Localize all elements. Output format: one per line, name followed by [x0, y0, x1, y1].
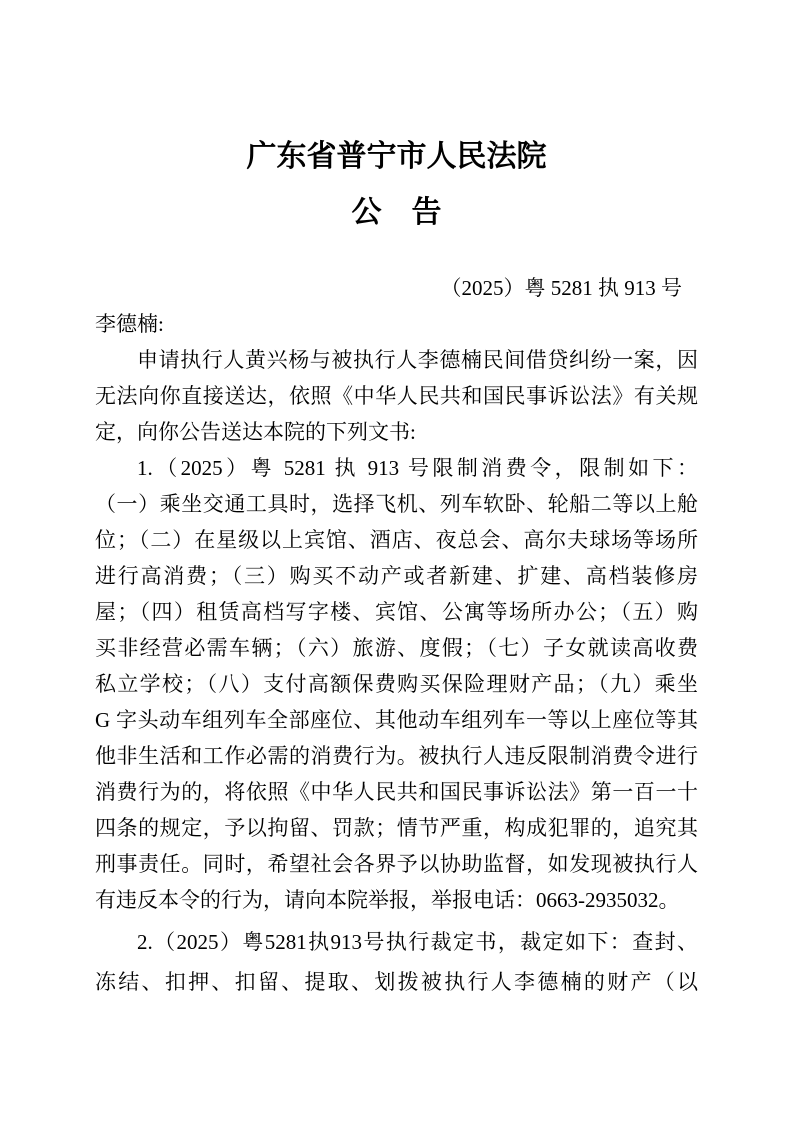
text-line: 申请执行人黄兴杨与被执行人李德楠民间借贷纠纷一案，因	[95, 342, 698, 378]
salutation: 李德楠:	[95, 306, 698, 342]
paragraph-item1: 1.（2025）粤 5281 执 913 号限制消费令，限制如下： （一）乘坐交…	[95, 450, 698, 918]
text-line: 四条的规定，予以拘留、罚款；情节严重，构成犯罪的，追究其	[95, 810, 698, 846]
document-page: 广东省普宁市人民法院 公 告 （2025）粤 5281 执 913 号 李德楠:…	[0, 0, 794, 1122]
text-line: 他非生活和工作必需的消费行为。被执行人违反限制消费令进行	[95, 738, 698, 774]
document-content: 广东省普宁市人民法院 公 告 （2025）粤 5281 执 913 号 李德楠:…	[95, 140, 698, 1002]
text-line: 位；（二）在星级以上宾馆、酒店、夜总会、高尔夫球场等场所	[95, 522, 698, 558]
text-line: （一）乘坐交通工具时，选择飞机、列车软卧、轮船二等以上舱	[95, 486, 698, 522]
text-line: 冻结、扣押、扣留、提取、划拨被执行人李德楠的财产（以	[95, 962, 698, 1002]
text-line: 定，向你公告送达本院的下列文书:	[95, 414, 698, 450]
text-line: 刑事责任。同时，希望社会各界予以协助监督，如发现被执行人	[95, 846, 698, 882]
text-line: 2.（2025）粤5281执913号执行裁定书，裁定如下：查封、	[95, 922, 698, 962]
notice-title: 公 告	[95, 196, 698, 230]
text-line: 消费行为的，将依照《中华人民共和国民事诉讼法》第一百一十	[95, 774, 698, 810]
text-line: 进行高消费；（三）购买不动产或者新建、扩建、高档装修房	[95, 558, 698, 594]
paragraph-intro: 申请执行人黄兴杨与被执行人李德楠民间借贷纠纷一案，因 无法向你直接送达，依照《中…	[95, 342, 698, 450]
text-line: 买非经营必需车辆；（六）旅游、度假；（七）子女就读高收费	[95, 630, 698, 666]
paragraph-item2: 2.（2025）粤5281执913号执行裁定书，裁定如下：查封、 冻结、扣押、扣…	[95, 922, 698, 1002]
court-name: 广东省普宁市人民法院	[95, 140, 698, 174]
text-line: 无法向你直接送达，依照《中华人民共和国民事诉讼法》有关规	[95, 378, 698, 414]
text-line: 有违反本令的行为，请向本院举报，举报电话：0663-2935032。	[95, 882, 698, 918]
text-line: 屋；（四）租赁高档写字楼、宾馆、公寓等场所办公；（五）购	[95, 594, 698, 630]
text-line: 1.（2025）粤 5281 执 913 号限制消费令，限制如下：	[95, 450, 698, 486]
text-line: G 字头动车组列车全部座位、其他动车组列车一等以上座位等其	[95, 702, 698, 738]
document-body: 李德楠: 申请执行人黄兴杨与被执行人李德楠民间借贷纠纷一案，因 无法向你直接送达…	[95, 306, 698, 1002]
case-number: （2025）粤 5281 执 913 号	[95, 276, 698, 300]
text-line: 私立学校；（八）支付高额保费购买保险理财产品；（九）乘坐	[95, 666, 698, 702]
